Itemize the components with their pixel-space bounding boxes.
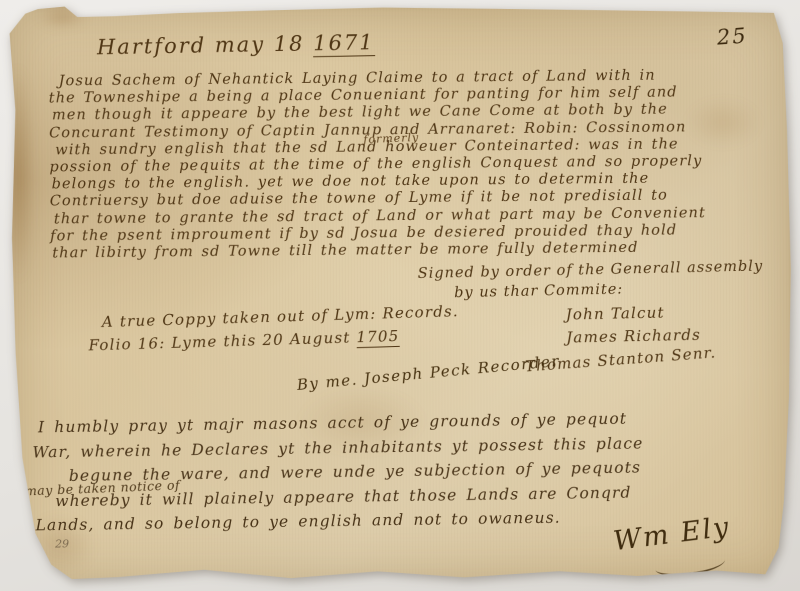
page-number-bottom: 29 xyxy=(55,537,69,550)
petition-paragraph: I humbly pray yt majr masons acct of ye … xyxy=(32,405,764,538)
committee-signatures: John Talcut James Richards Thomas Stanto… xyxy=(565,300,716,372)
signature-john-talcut: John Talcut xyxy=(565,300,715,326)
heading-place-date: Hartford may 18 xyxy=(97,31,314,59)
paper-stain xyxy=(0,34,40,314)
page-number-top: 25 xyxy=(716,23,748,49)
manuscript-paper: 25 Hartford may 18 1671 Josua Sachem of … xyxy=(5,2,796,585)
heading-year-underlined: 1671 xyxy=(313,30,375,57)
document-heading: Hartford may 18 1671 xyxy=(97,30,375,59)
copy-attestation: A true Coppy taken out of Lym: Records. … xyxy=(102,300,460,357)
attestation-date: Folio 16: Lyme this 20 August xyxy=(88,328,356,354)
photograph-background: 25 Hartford may 18 1671 Josua Sachem of … xyxy=(0,0,800,591)
closing-attestation: Signed by order of the Generall assembly… xyxy=(418,256,764,304)
main-paragraph: Josua Sachem of Nehantick Laying Claime … xyxy=(49,67,763,263)
recorder-attestation: By me. Joseph Peck Recorder xyxy=(296,352,561,394)
interlinear-insertion: formerly xyxy=(363,131,419,146)
attestation-year-underlined: 1705 xyxy=(356,327,400,348)
paper-stain xyxy=(31,1,95,31)
signature-flourish xyxy=(654,552,726,578)
manuscript-paper-wrap: 25 Hartford may 18 1671 Josua Sachem of … xyxy=(5,2,796,585)
